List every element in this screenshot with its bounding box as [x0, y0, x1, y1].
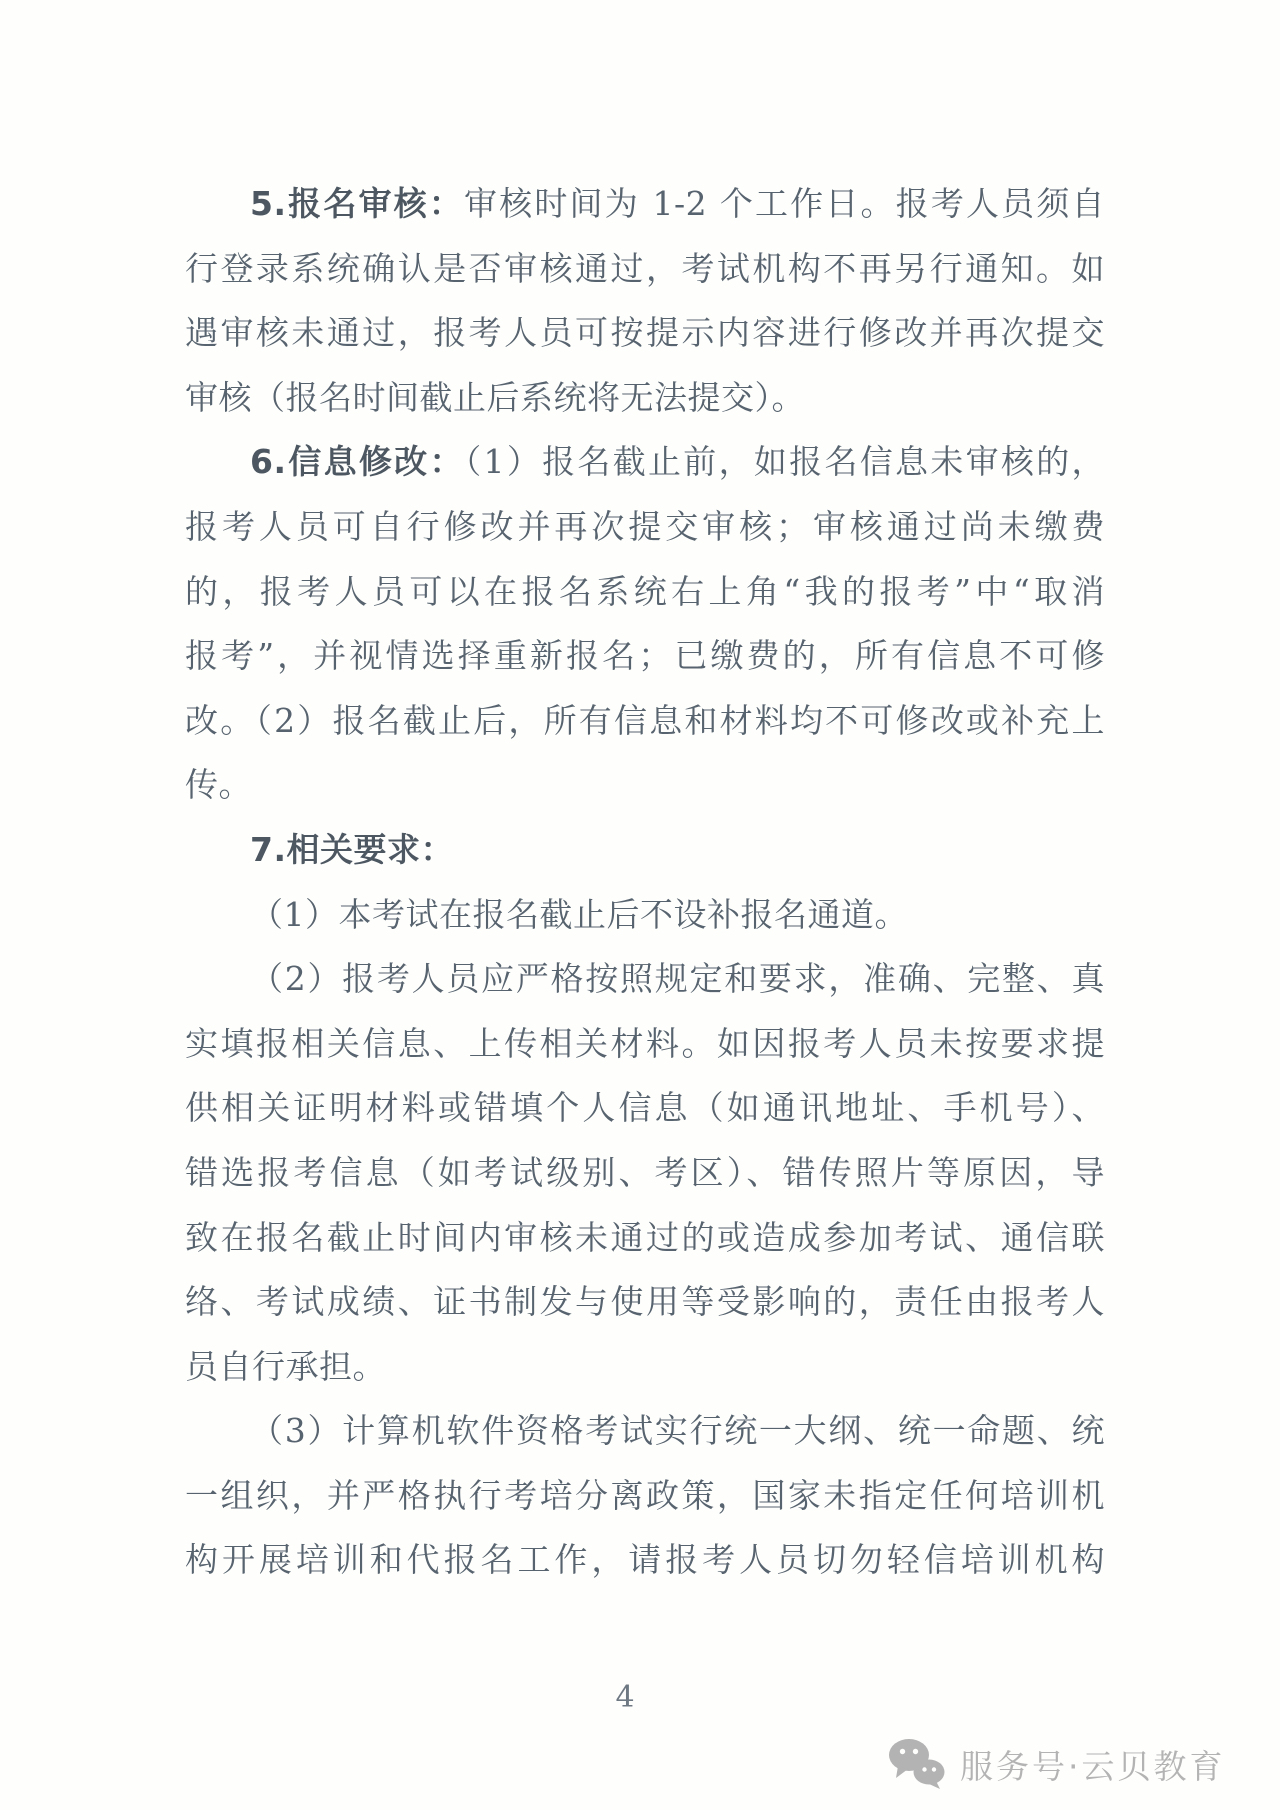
text-line-body: （2）报考人员应严格按照规定和要求，准确、完整、真	[250, 959, 1105, 998]
text-line: 供相关证明材料或错填个人信息（如通讯地址、手机号）、	[185, 1076, 1105, 1141]
text-line-body: 审核时间为 1-2 个工作日。报考人员须自	[464, 184, 1105, 223]
text-line: 一组织，并严格执行考培分离政策，国家未指定任何培训机	[185, 1464, 1105, 1529]
text-line-body: （1）本考试在报名截止后不设补报名通道。	[250, 895, 908, 934]
text-line: 构开展培训和代报名工作，请报考人员切勿轻信培训机构	[185, 1528, 1105, 1593]
text-line-body: 的，报考人员可以在报名系统右上角“我的报考”中“取消	[185, 572, 1105, 611]
text-line: 遇审核未通过，报考人员可按提示内容进行修改并再次提交	[185, 301, 1105, 366]
text-line-body: 错选报考信息（如考试级别、考区）、错传照片等原因，导	[185, 1153, 1105, 1192]
text-line: （2）报考人员应严格按照规定和要求，准确、完整、真	[185, 947, 1105, 1012]
text-line-body: 员自行承担。	[185, 1347, 386, 1386]
text-line: 实填报相关信息、上传相关材料。如因报考人员未按要求提	[185, 1012, 1105, 1077]
text-line-body: 行登录系统确认是否审核通过，考试机构不再另行通知。如	[185, 249, 1105, 288]
text-line-body: 遇审核未通过，报考人员可按提示内容进行修改并再次提交	[185, 313, 1105, 352]
text-line-body: （3）计算机软件资格考试实行统一大纲、统一命题、统	[250, 1411, 1105, 1450]
text-line: （1）本考试在报名截止后不设补报名通道。	[185, 883, 1105, 948]
text-line: 错选报考信息（如考试级别、考区）、错传照片等原因，导	[185, 1141, 1105, 1206]
text-line: （3）计算机软件资格考试实行统一大纲、统一命题、统	[185, 1399, 1105, 1464]
text-line-bold-lead: 7.相关要求：	[250, 830, 454, 869]
text-line-bold-lead: 5.报名审核：	[250, 184, 464, 223]
text-line: 7.相关要求：	[185, 818, 1105, 883]
text-line: 行登录系统确认是否审核通过，考试机构不再另行通知。如	[185, 237, 1105, 302]
text-line-body: 构开展培训和代报名工作，请报考人员切勿轻信培训机构	[185, 1540, 1105, 1579]
wechat-account-badge: 服务号·云贝教育	[888, 1738, 1226, 1790]
text-line-body: 审核（报名时间截止后系统将无法提交）。	[185, 378, 805, 417]
text-line-body: 一组织，并严格执行考培分离政策，国家未指定任何培训机	[185, 1476, 1105, 1515]
text-line: 的，报考人员可以在报名系统右上角“我的报考”中“取消	[185, 560, 1105, 625]
wechat-icon	[888, 1738, 946, 1790]
text-line: 报考”，并视情选择重新报名；已缴费的，所有信息不可修	[185, 624, 1105, 689]
text-line: 报考人员可自行修改并再次提交审核；审核通过尚未缴费	[185, 495, 1105, 560]
text-line: 员自行承担。	[185, 1335, 1105, 1400]
document-lines: 5.报名审核：审核时间为 1-2 个工作日。报考人员须自行登录系统确认是否审核通…	[185, 172, 1105, 1593]
wechat-account-label: 服务号·云贝教育	[960, 1741, 1226, 1788]
text-line-body: 报考”，并视情选择重新报名；已缴费的，所有信息不可修	[185, 636, 1105, 675]
text-line-body: 报考人员可自行修改并再次提交审核；审核通过尚未缴费	[185, 507, 1105, 546]
text-line: 致在报名截止时间内审核未通过的或造成参加考试、通信联	[185, 1206, 1105, 1271]
text-line-body: （1）报名截止前，如报名信息未审核的，	[465, 442, 1105, 481]
text-line-body: 改。（2）报名截止后，所有信息和材料均不可修改或补充上	[185, 701, 1105, 740]
text-line: 6.信息修改：（1）报名截止前，如报名信息未审核的，	[185, 430, 1105, 495]
document-page: 5.报名审核：审核时间为 1-2 个工作日。报考人员须自行登录系统确认是否审核通…	[0, 0, 1280, 1810]
text-line: 传。	[185, 753, 1105, 818]
text-line: 审核（报名时间截止后系统将无法提交）。	[185, 366, 1105, 431]
text-line-bold-lead: 6.信息修改：	[250, 442, 465, 481]
text-line: 5.报名审核：审核时间为 1-2 个工作日。报考人员须自	[185, 172, 1105, 237]
text-line: 络、考试成绩、证书制发与使用等受影响的，责任由报考人	[185, 1270, 1105, 1335]
text-line: 改。（2）报名截止后，所有信息和材料均不可修改或补充上	[185, 689, 1105, 754]
text-line-body: 供相关证明材料或错填个人信息（如通讯地址、手机号）、	[185, 1088, 1105, 1127]
page-number: 4	[0, 1680, 1265, 1715]
text-line-body: 实填报相关信息、上传相关材料。如因报考人员未按要求提	[185, 1024, 1105, 1063]
text-line-body: 传。	[185, 765, 252, 804]
text-line-body: 络、考试成绩、证书制发与使用等受影响的，责任由报考人	[185, 1282, 1105, 1321]
text-line-body: 致在报名截止时间内审核未通过的或造成参加考试、通信联	[185, 1218, 1105, 1257]
